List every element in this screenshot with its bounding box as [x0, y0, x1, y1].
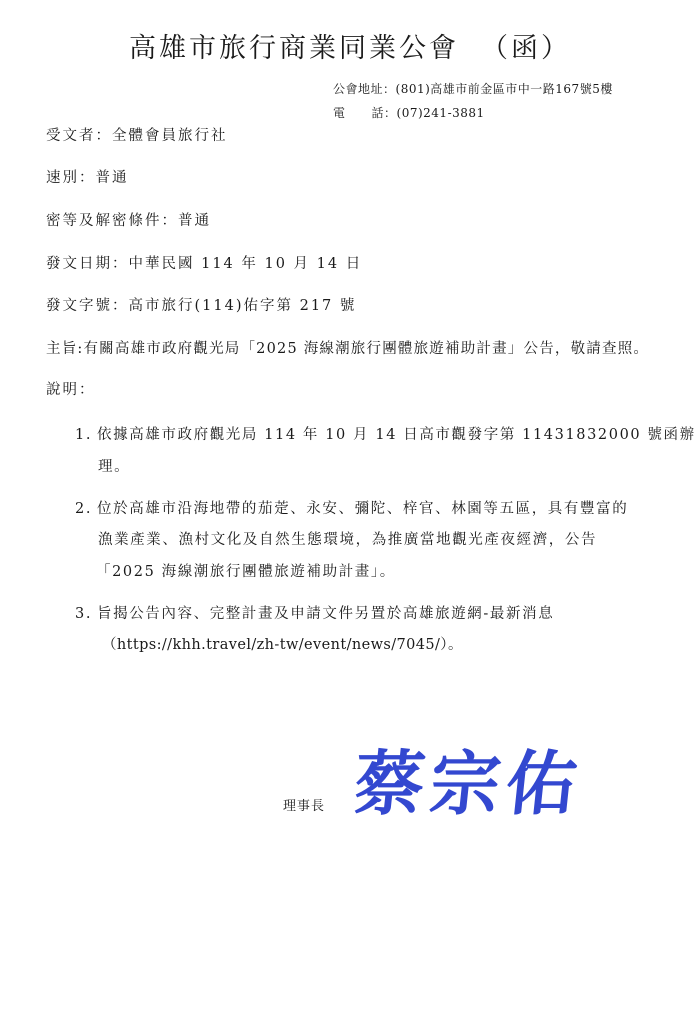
phone-label-2: 話：	[372, 106, 397, 120]
chairman-title: 理事長	[283, 795, 325, 814]
subject-field: 主旨:有關高雄市政府觀光局「2025 海線潮旅行團體旅遊補助計畫」公告，敬請查照…	[46, 337, 649, 358]
explanation-item-2: 2.位於高雄市沿海地帶的茄萣、永安、彌陀、梓官、林園等五區，具有豐富的	[75, 497, 628, 518]
explanation-item-3: 3.旨揭公告內容、完整計畫及申請文件另置於高雄旅遊網-最新消息	[75, 602, 554, 623]
phone-label-1: 電	[333, 106, 346, 120]
item-number: 1.	[75, 427, 97, 443]
item-line: 依據高雄市政府觀光局 114 年 10 月 14 日高市觀發字第 1143183…	[97, 427, 696, 443]
explanation-label: 說明：	[46, 378, 96, 399]
document-type: （函）	[481, 33, 571, 64]
explanation-item-1: 1.依據高雄市政府觀光局 114 年 10 月 14 日高市觀發字第 11431…	[75, 423, 696, 444]
issue-date-field: 發文日期：中華民國 114 年 10 月 14 日	[46, 252, 362, 273]
association-address: 公會地址：(801)高雄市前金區市中一路167號5樓	[333, 80, 613, 97]
classification-field: 密等及解密條件：普通	[46, 209, 211, 230]
item-2-continuation-2: 「2025 海線潮旅行團體旅遊補助計畫」。	[96, 560, 396, 581]
item-2-continuation-1: 漁業產業、漁村文化及自然生態環境，為推廣當地觀光產夜經濟，公告	[98, 528, 597, 549]
address-value: (801)高雄市前金區市中一路167號5樓	[396, 82, 613, 96]
chairman-signature: 蔡宗佑	[350, 728, 589, 829]
address-label: 公會地址：	[333, 82, 396, 96]
association-name: 高雄市旅行商業同業公會	[129, 33, 459, 64]
item-number: 3.	[75, 606, 97, 622]
item-1-continuation: 理。	[98, 455, 130, 476]
letterhead-title: 高雄市旅行商業同業公會（函）	[0, 26, 700, 65]
speed-field: 速別：普通	[46, 166, 129, 187]
news-url-link[interactable]: （https://khh.travel/zh-tw/event/news/704…	[102, 633, 463, 654]
item-line: 位於高雄市沿海地帶的茄萣、永安、彌陀、梓官、林園等五區，具有豐富的	[97, 501, 628, 517]
recipient-field: 受文者：全體會員旅行社	[46, 124, 228, 145]
document-number-field: 發文字號：高市旅行(114)佑字第 217 號	[46, 294, 356, 315]
item-line: 旨揭公告內容、完整計畫及申請文件另置於高雄旅遊網-最新消息	[97, 606, 554, 622]
association-phone: 電話：(07)241-3881	[333, 104, 485, 121]
phone-value: (07)241-3881	[397, 106, 485, 120]
item-number: 2.	[75, 501, 97, 517]
